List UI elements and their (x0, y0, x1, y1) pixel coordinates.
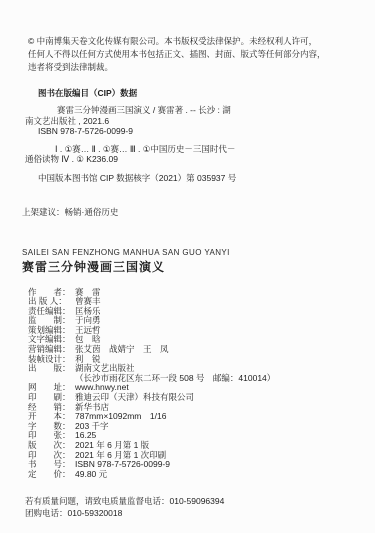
colophon-value: 王远哲 (75, 325, 101, 335)
colophon-value: 包 晗 (75, 334, 101, 344)
quality-contact: 若有质量问题，请致电质量监督电话：010-59096394 团购电话：010-5… (25, 495, 375, 519)
book-copyright-page: © 中南博集天卷文化传媒有限公司。本书版权受法律保护。未经权利人许可， 任何人不… (0, 0, 375, 533)
colophon-value: www.hnwy.net (75, 382, 129, 392)
colophon-value: ISBN 978-7-5726-0099-9 (75, 459, 170, 469)
colophon-value: 利 锐 (75, 354, 101, 364)
colophon-value: 787mm×1092mm 1/16 (75, 411, 166, 421)
colophon-value: 2021 年 6 月第 1 版 (75, 440, 149, 450)
colophon-value: 赛 雷 (75, 287, 101, 297)
colophon-row: 定 价：49.80 元 (28, 470, 375, 480)
cip-heading: 图书在版编目（CIP）数据 (38, 88, 375, 99)
cip-isbn: ISBN 978-7-5726-0099-9 (38, 126, 375, 137)
colophon-list: 作 者：赛 雷 出 版 人：曾赛丰 责任编辑：匡杨乐 监 制：于向勇 策划编辑：… (28, 288, 375, 480)
colophon-label: 定 价： (28, 470, 75, 480)
book-title-chinese: 赛雷三分钟漫画三国演义 (22, 258, 375, 275)
cip-classification-line-1: Ⅰ . ①赛… Ⅱ . ①赛… Ⅲ . ①中国历史－三国时代－ (25, 144, 375, 155)
colophon-value: 于向勇 (75, 315, 101, 325)
colophon-value: 16.25 (75, 430, 96, 440)
colophon-value: 新华书店 (75, 402, 109, 412)
quality-hotline-line: 若有质量问题，请致电质量监督电话：010-59096394 (25, 495, 375, 507)
cip-entry: 赛雷三分钟漫画三国演义 / 赛雷著 . -- 长沙 : 湖 南文艺出版社 , 2… (25, 105, 375, 137)
copyright-line-3: 违者将受到法律制裁。 (28, 61, 355, 74)
copyright-line-1: © 中南博集天卷文化传媒有限公司。本书版权受法律保护。未经权利人许可， (28, 35, 355, 48)
cip-classification-line-2: 通俗读物 Ⅳ . ① K236.09 (25, 154, 375, 165)
cip-classification: Ⅰ . ①赛… Ⅱ . ①赛… Ⅲ . ①中国历史－三国时代－ 通俗读物 Ⅳ .… (25, 144, 375, 165)
colophon-value: 49.80 元 (75, 469, 107, 479)
colophon-value: 匡杨乐 (75, 306, 101, 316)
colophon-row: 出 版：湖南文艺出版社 （长沙市雨花区东二环一段 508 号 邮编：410014… (28, 364, 375, 383)
shelving-advice: 上架建议：畅销·通俗历史 (22, 206, 375, 218)
cip-entry-line-2: 南文艺出版社 , 2021.6 (25, 116, 375, 127)
colophon-value: 曾赛丰 (75, 296, 101, 306)
book-title-pinyin: SAILEI SAN FENZHONG MANHUA SAN GUO YANYI (22, 248, 375, 257)
cip-block: 图书在版编目（CIP）数据 赛雷三分钟漫画三国演义 / 赛雷著 . -- 长沙 … (25, 88, 375, 184)
copyright-notice: © 中南博集天卷文化传媒有限公司。本书版权受法律保护。未经权利人许可， 任何人不… (28, 35, 355, 74)
copyright-line-2: 任何人不得以任何方式使用本书包括正文、插图、封面、版式等任何部分内容， (28, 48, 355, 61)
colophon-value: 203 千字 (75, 421, 109, 431)
group-purchase-line: 团购电话：010-59320018 (25, 507, 375, 519)
colophon-value: 雅迪云印（天津）科技有限公司 (75, 392, 194, 402)
colophon-value: 2021 年 6 月第 1 次印刷 (75, 450, 166, 460)
colophon-value: 湖南文艺出版社 (75, 363, 135, 373)
cip-entry-line-1: 赛雷三分钟漫画三国演义 / 赛雷著 . -- 长沙 : 湖 (25, 105, 375, 116)
colophon-value: 张艾茵 战婧宁 王 凤 (75, 344, 169, 354)
cip-record-number: 中国版本图书馆 CIP 数据核字（2021）第 035937 号 (38, 173, 375, 184)
colophon-label: 出 版： (28, 364, 75, 374)
